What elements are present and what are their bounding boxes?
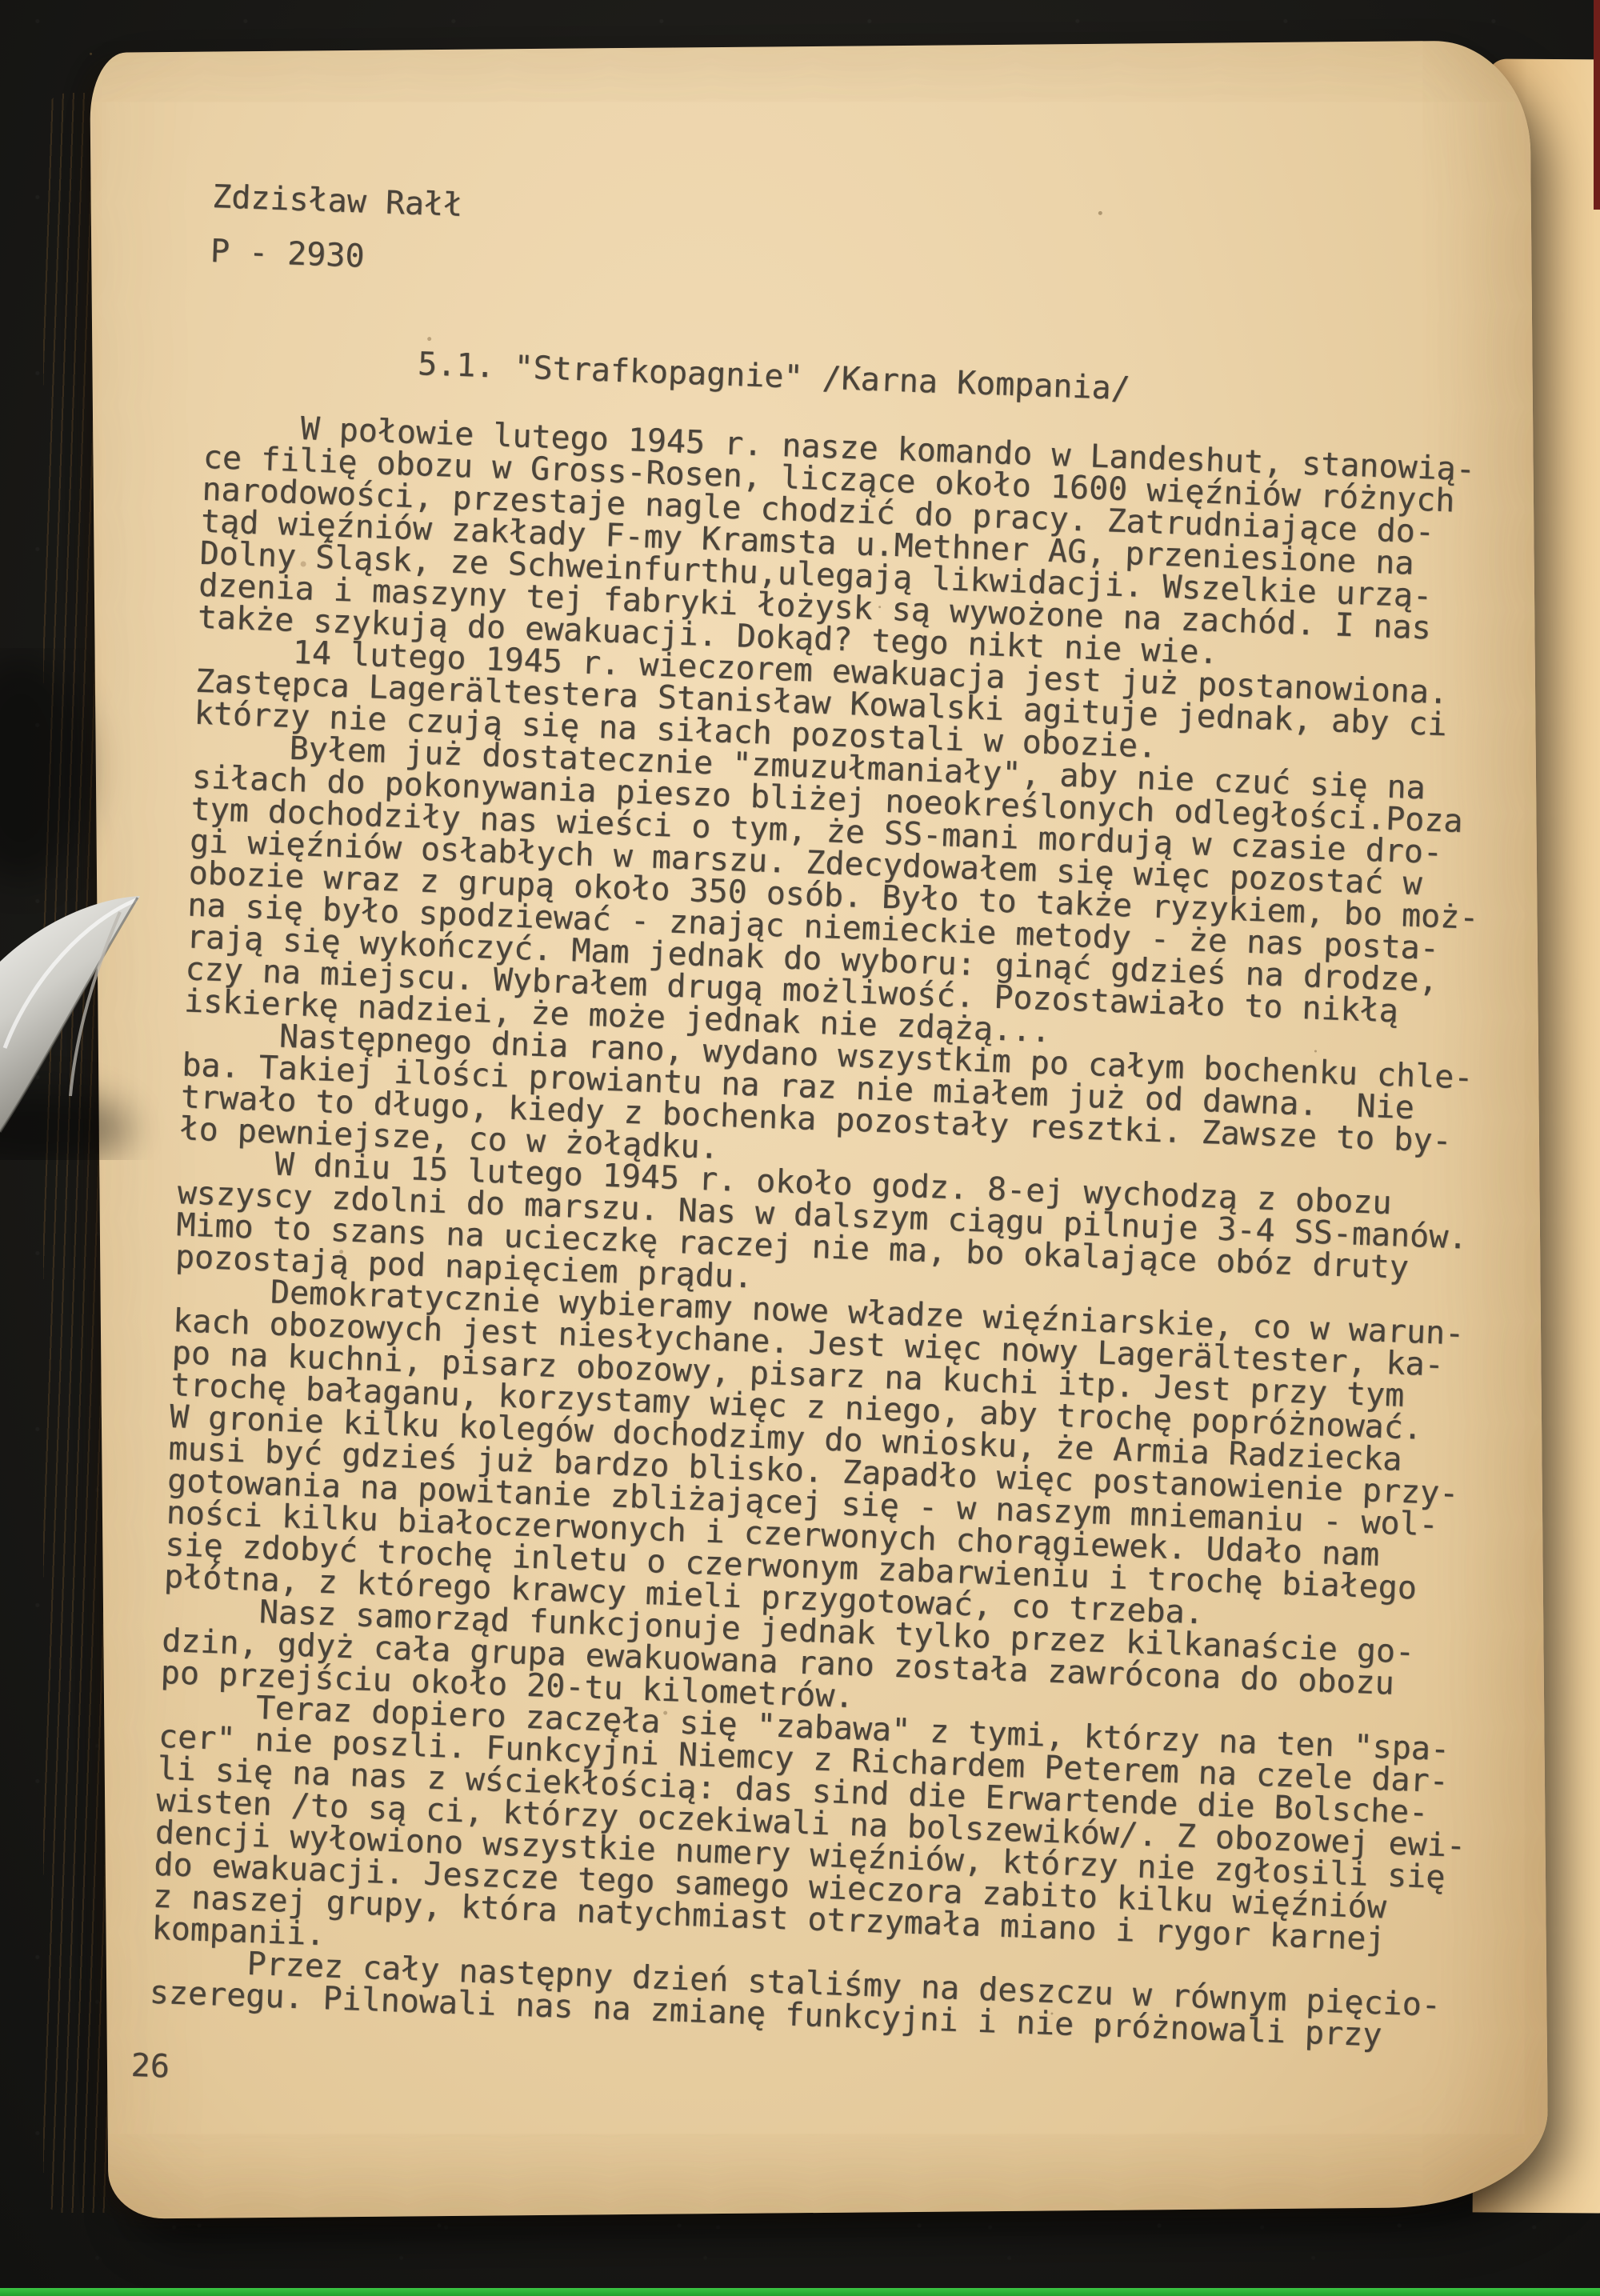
- object-shadow-upper: [0, 656, 89, 880]
- paragraph: Byłem już dostatecznie "zmuzułmaniały", …: [183, 730, 1553, 1065]
- photo-scene: Zdzisław Rałł P - 2930 5.1. "Strafkopagn…: [0, 0, 1600, 2296]
- typewritten-text: Zdzisław Rałł P - 2930 5.1. "Strafkopagn…: [146, 181, 1572, 2130]
- paper-specks: [90, 53, 92, 55]
- scanner-green-strip: [0, 2288, 1600, 2296]
- letter-opener-object: [0, 648, 192, 1160]
- book-cover-red-edge: [1594, 0, 1600, 210]
- section-heading: 5.1. "Strafkopagnie" /Karna Kompania/: [417, 348, 1566, 420]
- paragraph: Teraz dopiero zaczęła się "zabawa" z tym…: [151, 1689, 1519, 1992]
- paragraph: Demokratycznie wybieramy nowe władze wię…: [163, 1273, 1534, 1640]
